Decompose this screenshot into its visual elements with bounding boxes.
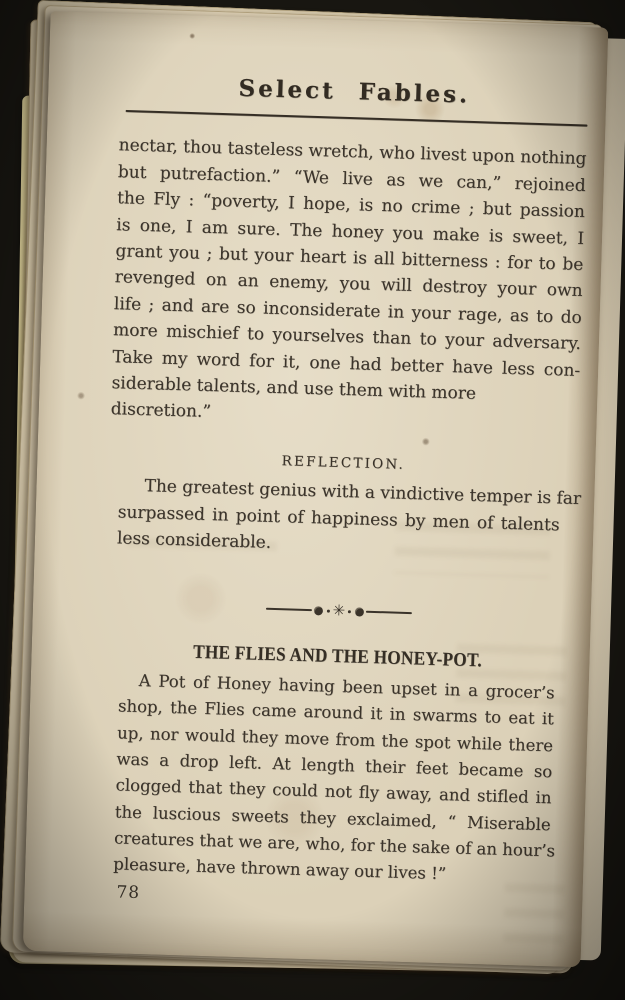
book-page: Select Fables. nectar, thou tasteless wr…	[23, 11, 609, 967]
ornament-star-icon: ✳	[332, 603, 345, 618]
reflection-paragraph: The greatest genius with a vindictive te…	[117, 472, 561, 565]
ornament-rule-left	[266, 608, 312, 611]
ornament-dot	[327, 609, 330, 612]
fable-conclusion-paragraph: nectar, thou tasteless wretch, who lives…	[110, 132, 586, 436]
fable-story-paragraph: A Pot of Honey having been upset in a gr…	[113, 668, 555, 891]
photo-backdrop: Select Fables. nectar, thou tasteless wr…	[0, 0, 625, 1000]
ornament-circle	[355, 607, 364, 616]
running-head: Select Fables.	[120, 71, 589, 112]
ornament-dot	[348, 610, 351, 613]
ornament-rule-right	[366, 611, 412, 614]
ornament-circle	[314, 606, 323, 615]
page-content: Select Fables. nectar, thou tasteless wr…	[96, 13, 590, 915]
divider-ornament: ✳	[105, 596, 573, 626]
header-rule	[126, 110, 588, 127]
